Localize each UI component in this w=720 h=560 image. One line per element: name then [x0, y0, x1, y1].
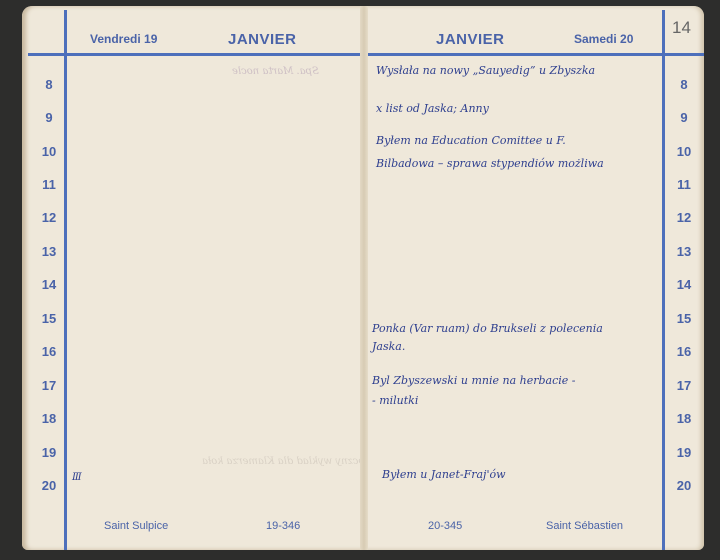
margin-mark: Ⅲ [72, 472, 82, 483]
diary-entry: Ponka (Var ruam) do Brukseli z polecenia [372, 322, 603, 335]
hour-15: 15 [669, 311, 699, 326]
right-page: JANVIER Samedi 20 14 Wysłała na nowy „Sa… [364, 6, 704, 550]
hour-20: 20 [669, 478, 699, 493]
diary-entry: Byl Zbyszewski u mnie na herbacie - [372, 374, 576, 387]
hour-20: 20 [34, 478, 64, 493]
hour-9: 9 [34, 110, 64, 125]
hour-19: 19 [669, 445, 699, 460]
month-label: JANVIER [436, 31, 505, 48]
header-rule [364, 53, 704, 56]
book-gutter [360, 6, 368, 550]
saint-name: Saint Sébastien [546, 520, 623, 532]
hour-11: 11 [34, 177, 64, 192]
day-of-year: 19-346 [266, 520, 300, 532]
ink-bleed: Spa. Marta nocle [232, 66, 319, 77]
diary-entry: x list od Jaska; Anny [376, 102, 489, 115]
hour-12: 12 [669, 210, 699, 225]
header-rule [28, 53, 364, 56]
ink-bleed: Roczny wyklad dla Klamerza koła [202, 456, 372, 467]
hour-18: 18 [669, 411, 699, 426]
diary-entry: Byłem na Education Comittee u F. [376, 134, 566, 147]
margin-line [64, 10, 67, 550]
month-label: JANVIER [228, 31, 297, 48]
diary-entry: Bilbadowa – sprawa stypendiów możliwa [376, 157, 604, 170]
hour-12: 12 [34, 210, 64, 225]
hour-15: 15 [34, 311, 64, 326]
hour-9: 9 [669, 110, 699, 125]
diary-entry: Byłem u Janet-Fraj'ów [382, 468, 506, 481]
hour-8: 8 [34, 77, 64, 92]
day-label: Samedi 20 [574, 32, 633, 46]
diary-spread: Vendredi 19 JANVIER Spa. Marta nocle Roc… [22, 6, 704, 550]
diary-entry: - milutki [372, 394, 418, 407]
diary-entry: Jaska. [372, 340, 405, 353]
hour-10: 10 [34, 144, 64, 159]
hour-14: 14 [669, 277, 699, 292]
hour-14: 14 [34, 277, 64, 292]
hour-19: 19 [34, 445, 64, 460]
day-of-year: 20-345 [428, 520, 462, 532]
diary-entry: Wysłała na nowy „Sauyedig” u Zbyszka [376, 64, 595, 77]
hour-10: 10 [669, 144, 699, 159]
hour-13: 13 [34, 244, 64, 259]
hour-8: 8 [669, 77, 699, 92]
page-number: 14 [672, 18, 691, 38]
saint-name: Saint Sulpice [104, 520, 168, 532]
hour-17: 17 [34, 378, 64, 393]
hour-11: 11 [669, 177, 699, 192]
hour-18: 18 [34, 411, 64, 426]
day-label: Vendredi 19 [90, 32, 157, 46]
hour-13: 13 [669, 244, 699, 259]
hour-16: 16 [34, 344, 64, 359]
margin-line [662, 10, 665, 550]
hour-16: 16 [669, 344, 699, 359]
left-page: Vendredi 19 JANVIER Spa. Marta nocle Roc… [22, 6, 364, 550]
hour-17: 17 [669, 378, 699, 393]
